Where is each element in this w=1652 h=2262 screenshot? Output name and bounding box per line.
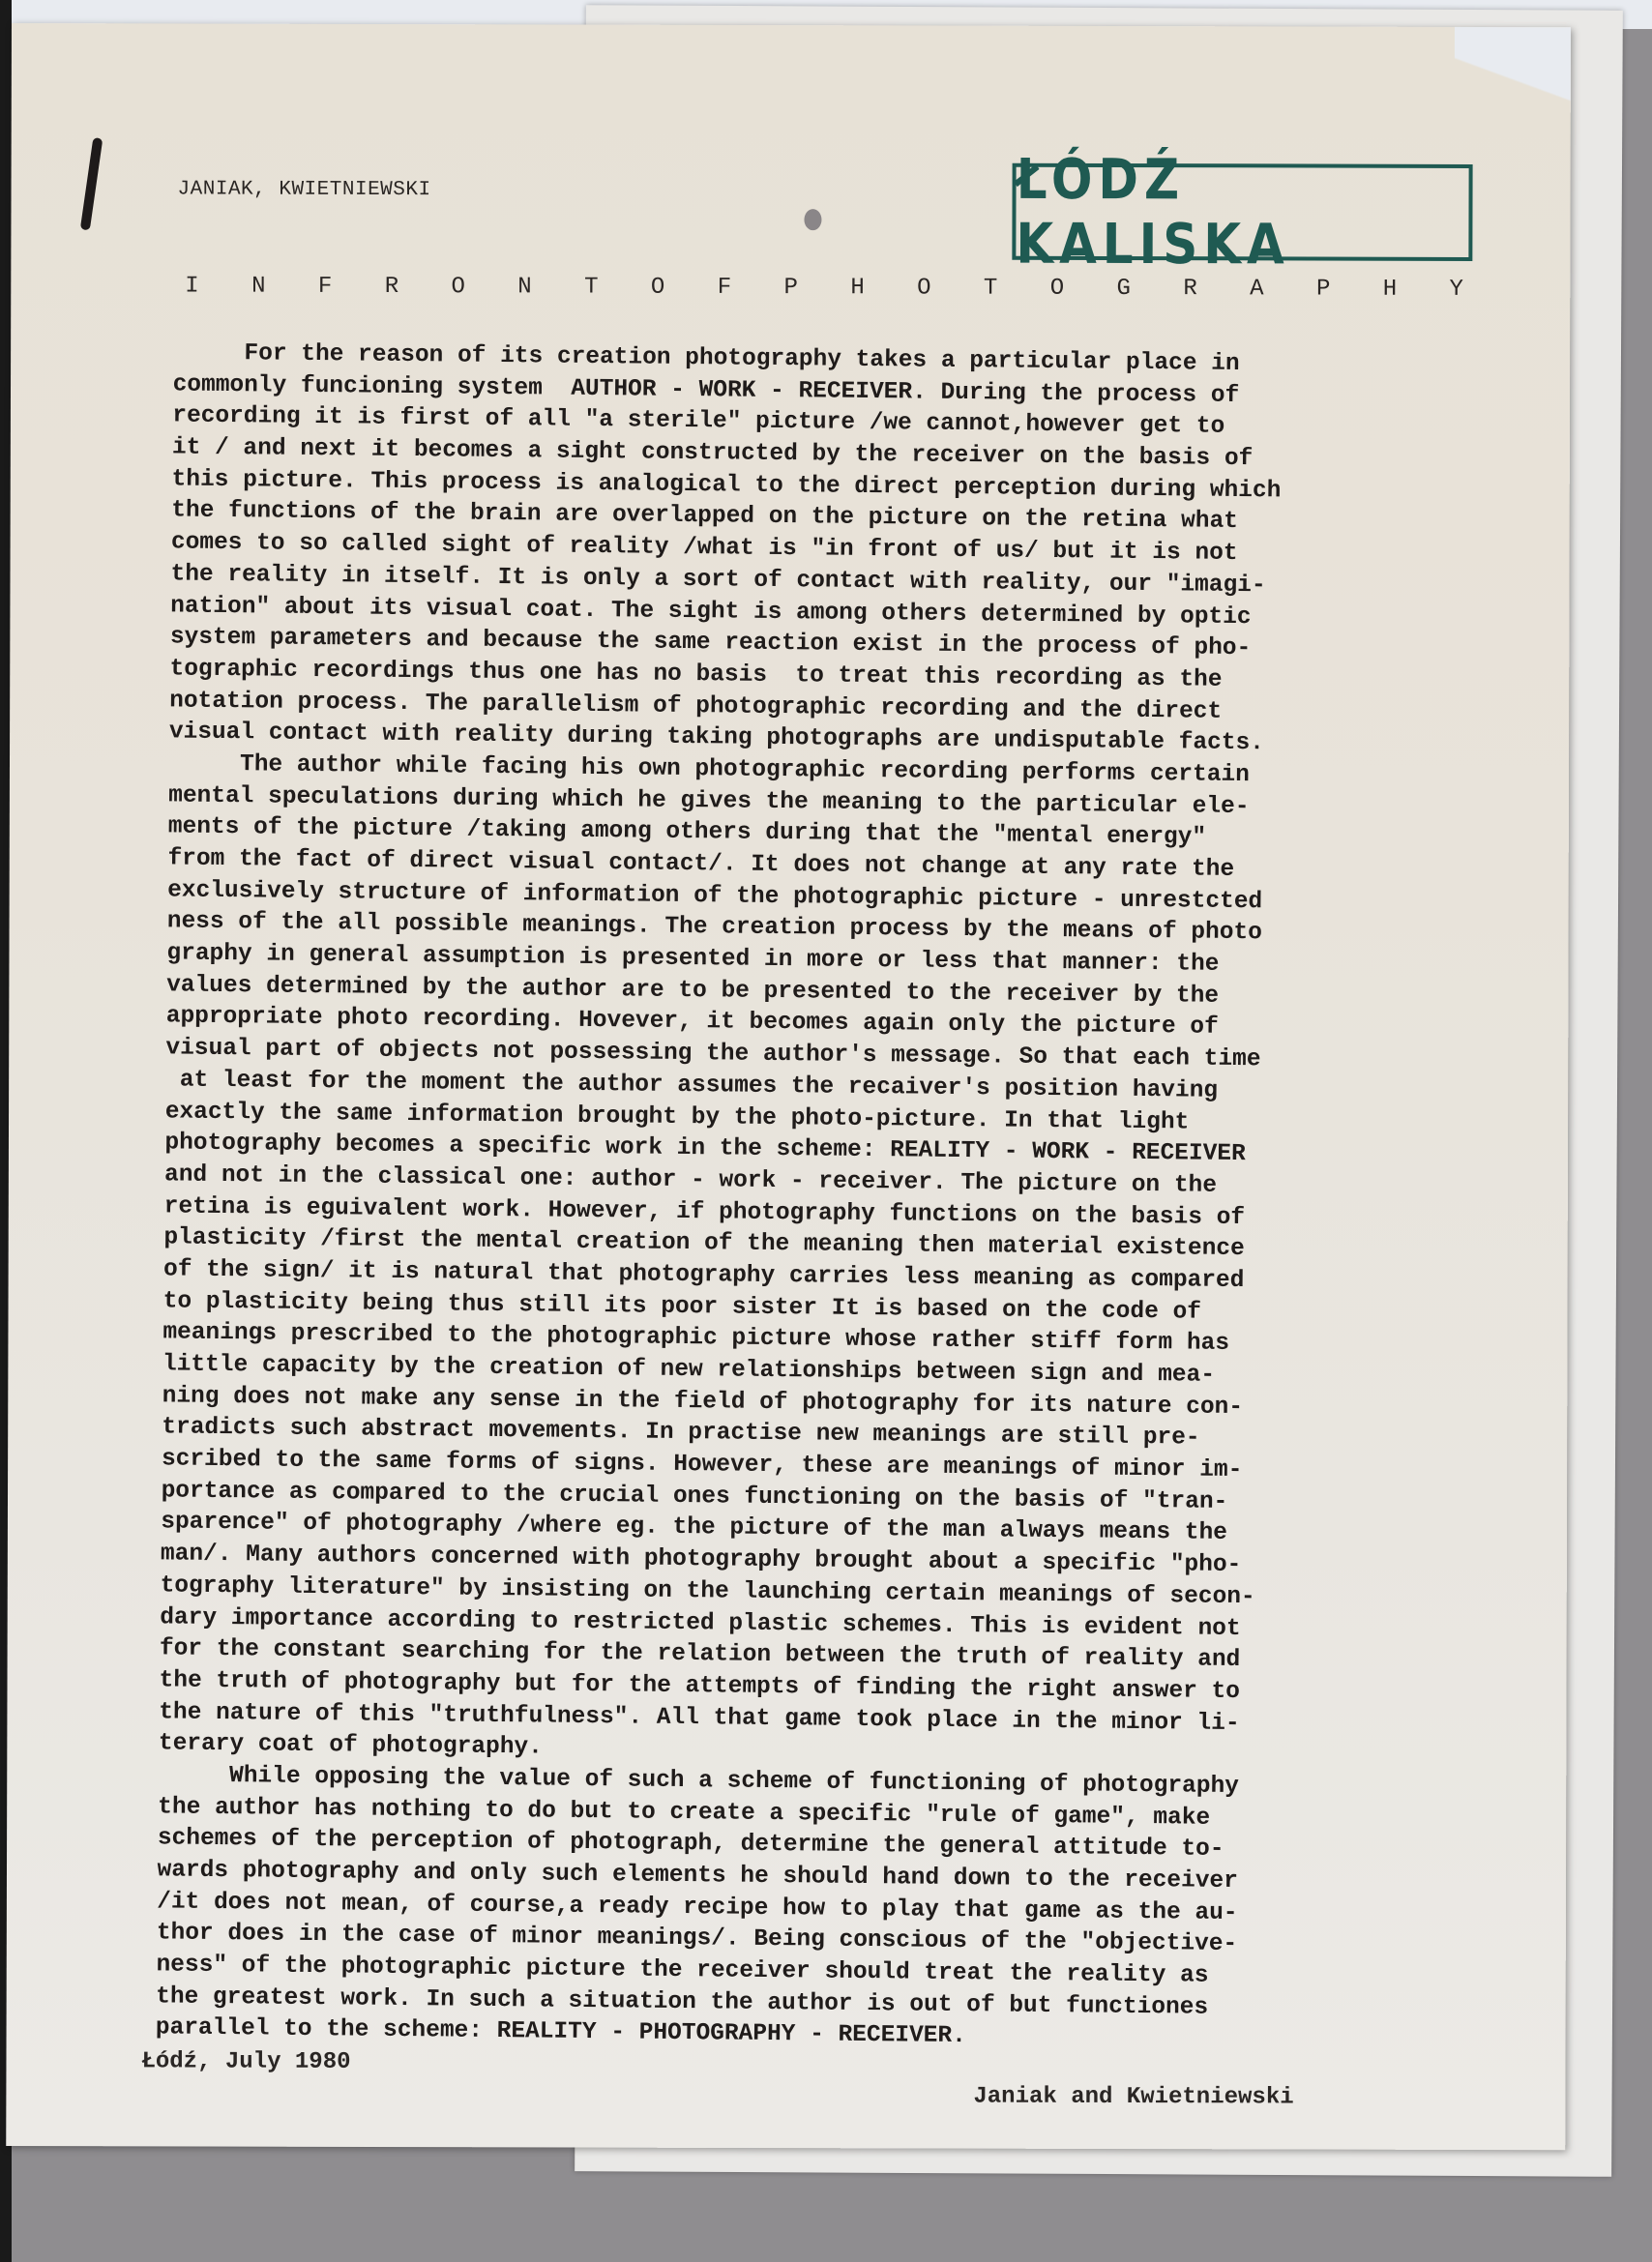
document-body: For the reason of its creation photograp… <box>156 338 1527 2059</box>
handwritten-margin-mark <box>80 137 103 230</box>
typewritten-page: JANIAK, KWIETNIEWSKI ŁÓDŹ KALISKA I N F … <box>6 23 1571 2150</box>
place-and-date: Łódź, July 1980 <box>141 2048 350 2075</box>
author-header: JANIAK, KWIETNIEWSKI <box>178 178 431 201</box>
punch-hole-mark <box>804 209 821 230</box>
document-title: I N F R O N T O F P H O T O G R A P H Y <box>185 273 1483 303</box>
stamp-text: ŁÓDŹ KALISKA <box>1016 147 1468 278</box>
signature: Janiak and Kwietniewski <box>973 2084 1293 2111</box>
lodz-kaliska-stamp: ŁÓDŹ KALISKA <box>1012 163 1472 261</box>
